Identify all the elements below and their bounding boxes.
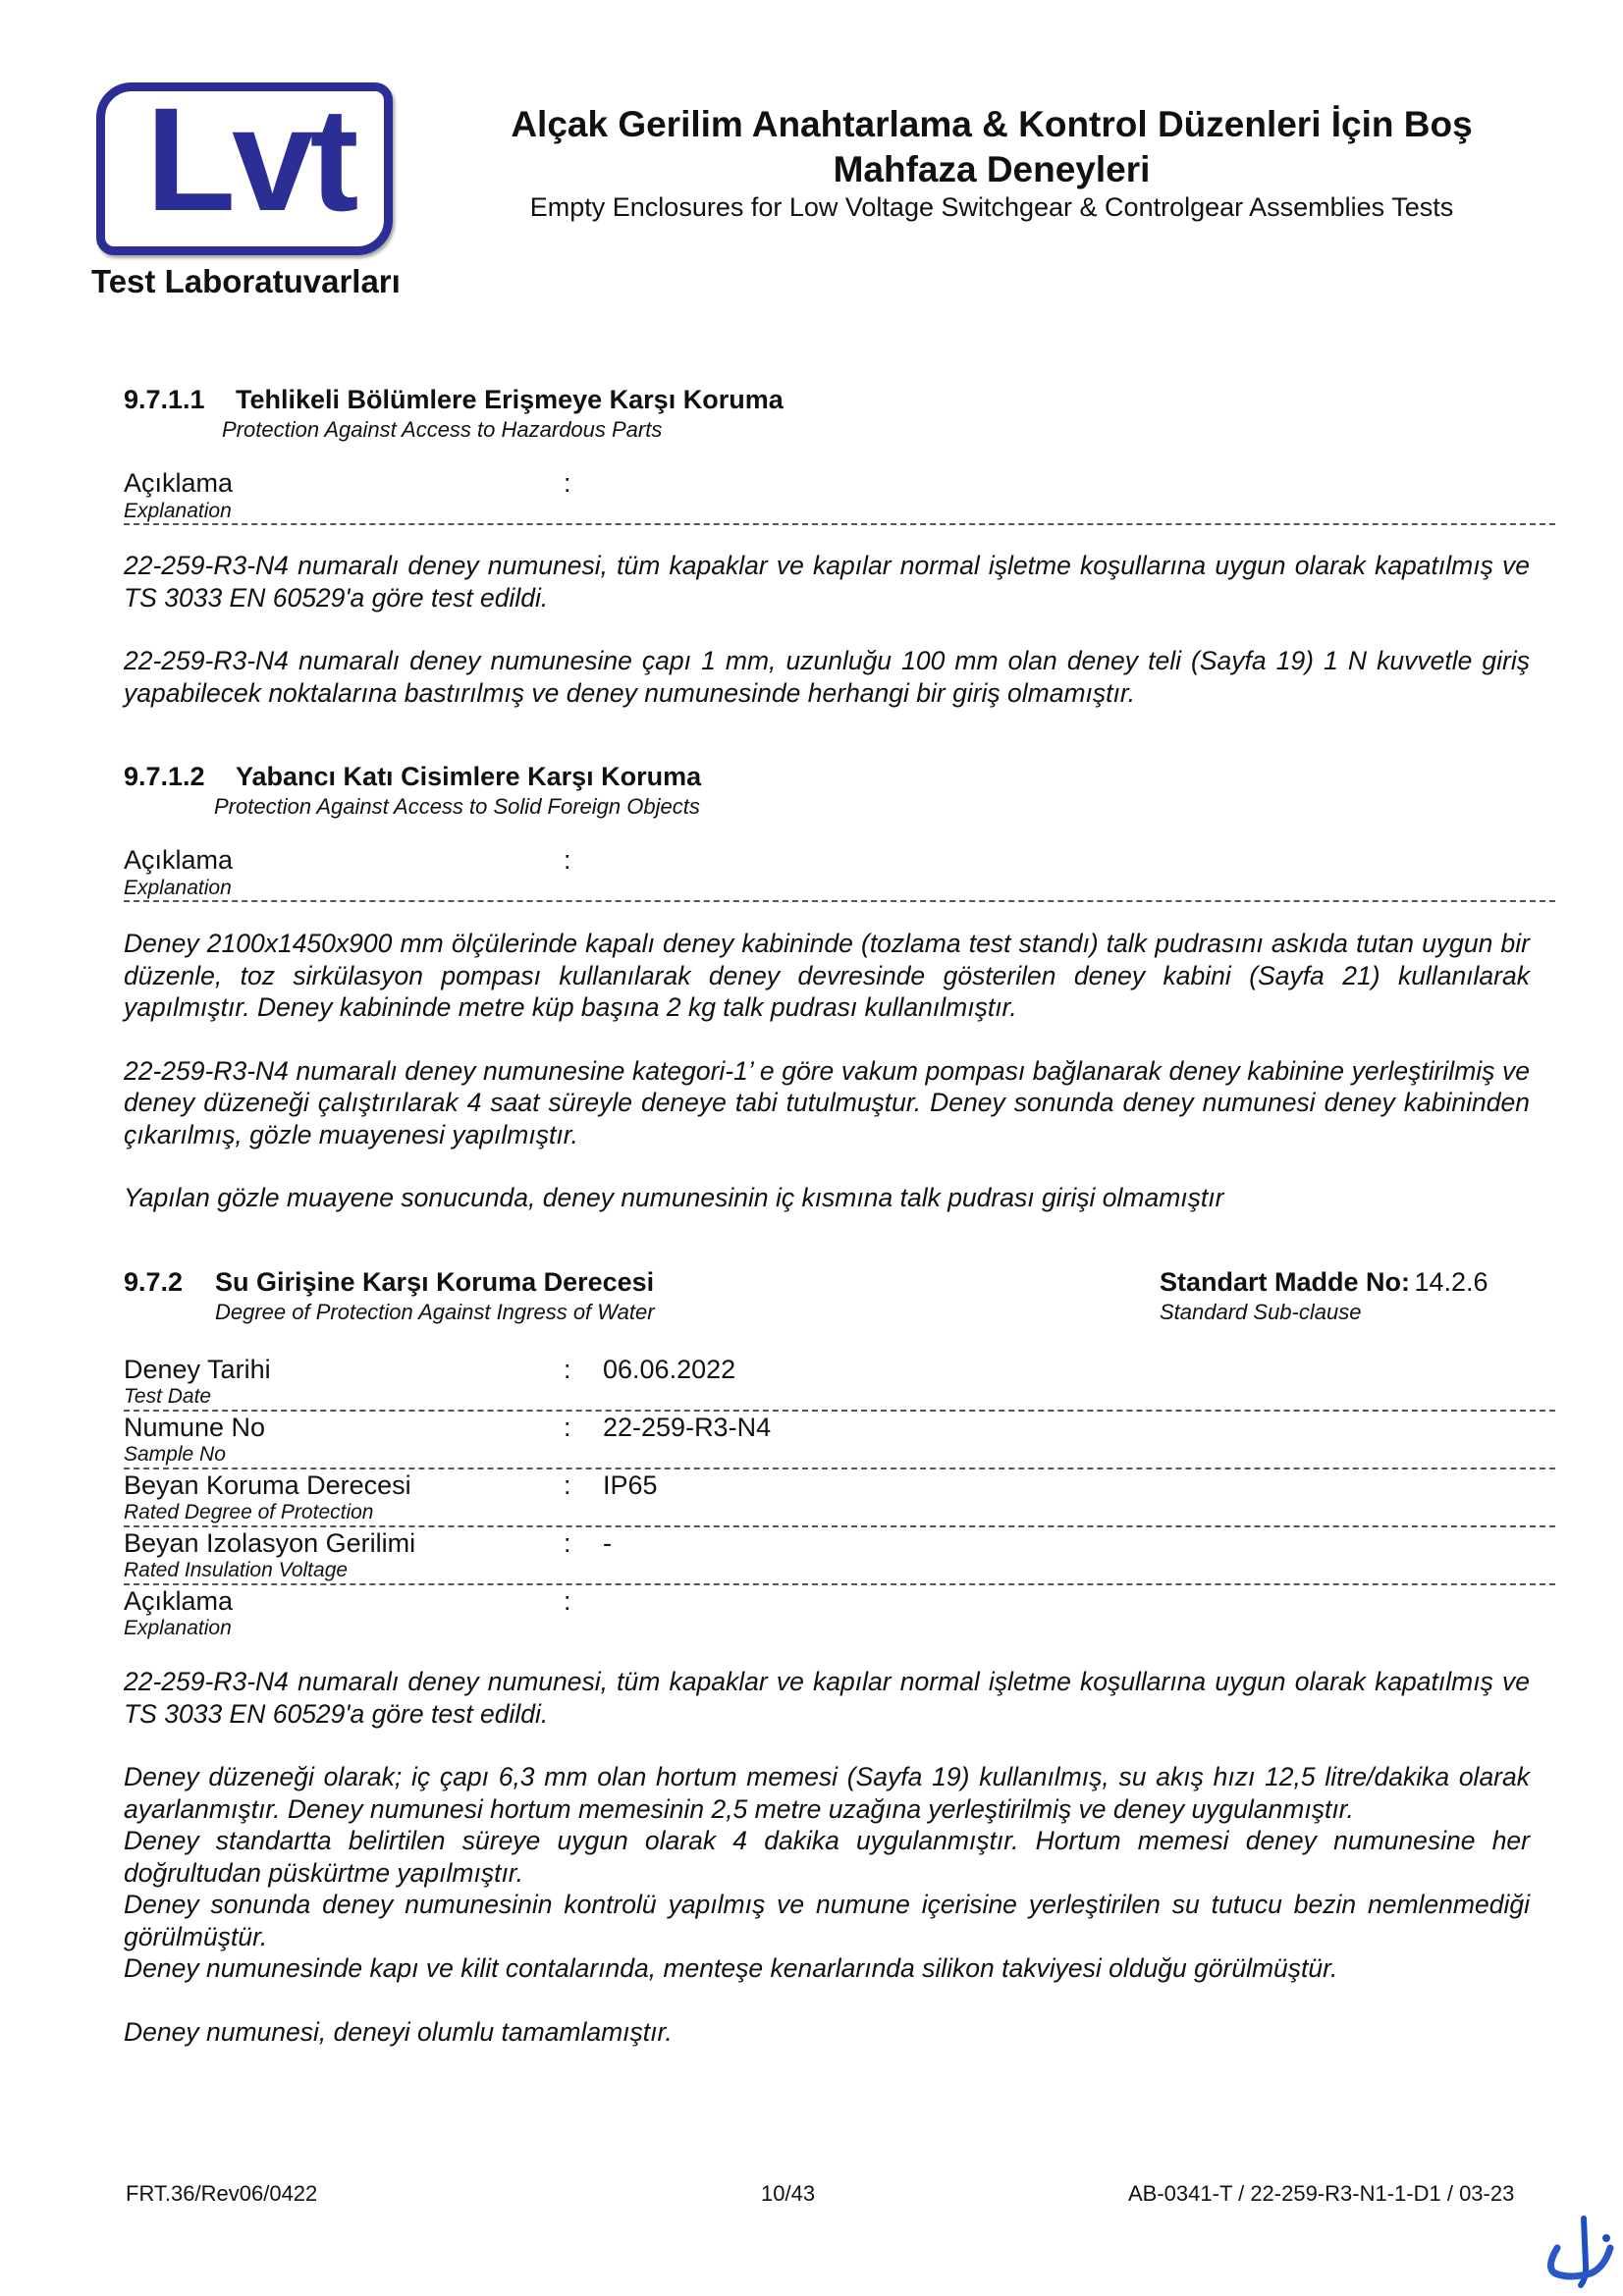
- field-label-en: Explanation: [124, 500, 232, 523]
- field-label-en: Explanation: [124, 877, 232, 900]
- section-title-en: Degree of Protection Against Ingress of …: [215, 1300, 655, 1325]
- dashed-divider: [124, 900, 1555, 902]
- field-colon: :: [564, 1413, 571, 1443]
- signature-icon: [1540, 2209, 1618, 2293]
- standard-clause: Standart Madde No: 14.2.6: [1160, 1267, 1488, 1298]
- field-colon: :: [564, 845, 571, 876]
- paragraph: 22-259-R3-N4 numaralı deney numunesine k…: [124, 1055, 1530, 1151]
- paragraph: Yapılan gözle muayene sonucunda, deney n…: [124, 1182, 1530, 1214]
- section-body: 22-259-R3-N4 numaralı deney numunesi, tü…: [124, 550, 1530, 709]
- standard-clause-value: 14.2.6: [1414, 1267, 1488, 1297]
- form-code: FRT.36/Rev06/0422: [126, 2181, 317, 2207]
- paragraph: Deney düzeneği olarak; iç çapı 6,3 mm ol…: [124, 1761, 1530, 1825]
- field-label: Numune No: [124, 1413, 265, 1443]
- dashed-divider: [124, 523, 1555, 525]
- paragraph: 22-259-R3-N4 numaralı deney numunesi, tü…: [124, 1666, 1530, 1730]
- paragraph: Deney numunesinde kapı ve kilit contalar…: [124, 1952, 1530, 1985]
- test-date-value: 06.06.2022: [603, 1355, 735, 1385]
- field-colon: :: [564, 468, 571, 499]
- dashed-divider: [124, 1525, 1555, 1527]
- section-body: 22-259-R3-N4 numaralı deney numunesi, tü…: [124, 1666, 1530, 2048]
- field-label: Beyan Koruma Derecesi: [124, 1470, 411, 1501]
- field-label: Açıklama: [124, 468, 233, 499]
- lvt-logo: Lvt: [128, 90, 373, 238]
- paragraph: Deney standartta belirtilen süreye uygun…: [124, 1825, 1530, 1889]
- paragraph: Deney numunesi, deneyi olumlu tamamlamış…: [124, 2016, 1530, 2049]
- field-label-en: Rated Degree of Protection: [124, 1501, 373, 1524]
- field-label-en: Rated Insulation Voltage: [124, 1559, 348, 1582]
- section-body: Deney 2100x1450x900 mm ölçülerinde kapal…: [124, 928, 1530, 1214]
- field-colon: :: [564, 1528, 571, 1559]
- paragraph: Deney sonunda deney numunesinin kontrolü…: [124, 1889, 1530, 1952]
- section-title: Su Girişine Karşı Koruma Derecesi: [215, 1267, 654, 1298]
- field-label: Beyan Izolasyon Gerilimi: [124, 1528, 415, 1559]
- section-title: Yabancı Katı Cisimlere Karşı Koruma: [236, 762, 701, 792]
- document-title: Alçak Gerilim Anahtarlama & Kontrol Düze…: [461, 102, 1522, 192]
- standard-clause-label: Standart Madde No:: [1160, 1267, 1410, 1297]
- svg-text:Lvt: Lvt: [146, 90, 358, 238]
- section-number: 9.7.1.2: [124, 762, 205, 792]
- section-number: 9.7.2: [124, 1267, 183, 1298]
- document-subtitle: Empty Enclosures for Low Voltage Switchg…: [461, 192, 1522, 223]
- section-title-en: Protection Against Access to Hazardous P…: [222, 417, 662, 443]
- sample-no-value: 22-259-R3-N4: [603, 1413, 771, 1443]
- standard-clause-label-en: Standard Sub-clause: [1160, 1300, 1361, 1325]
- field-label: Deney Tarihi: [124, 1355, 271, 1385]
- field-colon: :: [564, 1355, 571, 1385]
- field-label-en: Test Date: [124, 1385, 211, 1409]
- dashed-divider: [124, 1583, 1555, 1585]
- paragraph: Deney 2100x1450x900 mm ölçülerinde kapal…: [124, 928, 1530, 1024]
- field-label: Açıklama: [124, 845, 233, 876]
- insulation-voltage-value: -: [603, 1528, 612, 1559]
- page-number: 10/43: [761, 2181, 815, 2207]
- paragraph: 22-259-R3-N4 numaralı deney numunesine ç…: [124, 645, 1530, 709]
- field-label-en: Sample No: [124, 1443, 226, 1467]
- section-title: Tehlikeli Bölümlere Erişmeye Karşı Korum…: [236, 385, 784, 415]
- field-colon: :: [564, 1470, 571, 1501]
- protection-degree-value: IP65: [603, 1470, 658, 1501]
- field-label: Açıklama: [124, 1586, 233, 1617]
- section-title-en: Protection Against Access to Solid Forei…: [214, 794, 700, 820]
- report-reference: AB-0341-T / 22-259-R3-N1-1-D1 / 03-23: [1128, 2181, 1514, 2207]
- logo-caption: Test Laboratuvarları: [91, 263, 401, 300]
- field-colon: :: [564, 1586, 571, 1617]
- dashed-divider: [124, 1410, 1555, 1412]
- dashed-divider: [124, 1468, 1555, 1469]
- section-number: 9.7.1.1: [124, 385, 205, 415]
- field-label-en: Explanation: [124, 1617, 232, 1640]
- paragraph: 22-259-R3-N4 numaralı deney numunesi, tü…: [124, 550, 1530, 614]
